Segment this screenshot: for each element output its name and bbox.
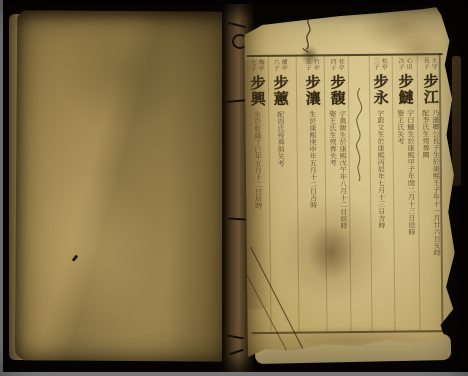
annotation-text: 心田 [405, 57, 412, 71]
entry-bio-text: 生於乾隆丁巳年五月十二日辰時 [253, 111, 264, 331]
torn-page-fragment [452, 56, 461, 186]
annotation-text: 四子 [329, 58, 336, 72]
genealogy-column: 桂亭 四子 步馥 字萬馥生於康熙戊午年八月十二日辰時 娶王氏生歿葬失考 [326, 58, 351, 330]
entry-annotation: 桂亭 四子 [329, 58, 344, 72]
stitch-thread [227, 335, 244, 340]
bio-line: 配周氏歿葬俱失考 [276, 111, 287, 283]
annotation-text: 竹亭 [312, 58, 319, 72]
bio-line: 乃遜卿公長子生於康熙壬子年十一月廿六日亥時 [431, 109, 442, 281]
annotation-text: 桂亭 [337, 58, 344, 72]
stitch-thread [229, 349, 244, 356]
annotation-text: 七子 [249, 59, 256, 73]
genealogy-column: 松亭 三子 步永 字蔚文生於康熙丙辰年七月十三日吉時 [369, 58, 394, 330]
entry-annotation: 松亭 三子 [372, 58, 387, 72]
left-blank-page [15, 10, 229, 361]
entry-bio-text: 字萬馥生於康熙戊午年八月十二日辰時 娶王氏生歿葬失考 [328, 110, 349, 330]
stitch-thread [228, 217, 246, 220]
entry-name-text: 步永 [371, 74, 389, 108]
annotation-text: 太守 [430, 57, 437, 71]
genealogy-column: 蘭亭 六子 步蕙 配周氏歿葬俱失考 [269, 59, 294, 331]
ink-scribble [294, 14, 322, 54]
right-text-page: 太守 長子 步江 乃遜卿公長子生於康熙壬子年十一月廿六日亥時 配李氏生歿葬闕 心… [244, 7, 466, 361]
genealogy-column: 太守 長子 步江 乃遜卿公長子生於康熙壬子年十一月廿六日亥時 配李氏生歿葬闕 [419, 57, 444, 329]
annotation-text: 松亭 [380, 58, 387, 72]
annotation-text: 六子 [272, 59, 279, 73]
bio-line: 字萬馥生於康熙戊午年八月十二日辰時 [338, 110, 349, 282]
annotation-text: 次子 [397, 57, 404, 71]
stain [55, 11, 192, 132]
stitch-thread [226, 99, 248, 103]
entry-name-text: 步蕙 [271, 75, 289, 109]
entry-bio-text: 字蔚文生於康熙丙辰年七月十三日吉時 [376, 110, 387, 330]
bio-line: 配李氏生歿葬闕 [421, 109, 432, 281]
entry-name-text: 步馥 [328, 74, 346, 108]
bio-line: 生於乾隆丁巳年五月十二日辰時 [253, 111, 264, 283]
blank-column [348, 58, 373, 330]
entry-annotation: 心田 次子 [397, 57, 412, 71]
bio-line: 娶王氏失考 [396, 109, 407, 281]
entry-annotation: 竹亭 五子 [304, 58, 319, 72]
bio-line: 娶王氏生歿葬失考 [328, 110, 339, 282]
entry-bio-text: 字曰鰱生於康熙甲子年閏二月十三日辰時 娶王氏失考 [396, 109, 417, 329]
entry-name-text: 步江 [421, 73, 439, 107]
annotation-text: 梅亭 [257, 59, 264, 73]
bio-line: 字曰鰱生於康熙甲子年閏二月十三日辰時 [406, 109, 417, 281]
genealogy-column: 梅亭 七子 步興 生於乾隆丁巳年五月十二日辰時 [246, 59, 271, 331]
stain [28, 168, 156, 326]
entry-annotation: 蘭亭 六子 [272, 59, 287, 73]
stitch-thread [228, 22, 246, 28]
annotation-text: 五子 [304, 58, 311, 72]
scan-edge-left [0, 0, 3, 376]
bio-line: 字蔚文生於康熙丙辰年七月十三日吉時 [376, 110, 387, 282]
entry-name-text: 步瀼 [303, 74, 321, 108]
genealogy-column: 心田 次子 步鰱 字曰鰱生於康熙甲子年閏二月十三日辰時 娶王氏失考 [394, 57, 419, 329]
bio-line: 生於康熙庚申年五月十二日吉時 [308, 110, 319, 282]
scan-edge-bottom [0, 372, 468, 376]
photo-of-open-genealogy-book: 太守 長子 步江 乃遜卿公長子生於康熙壬子年十一月廿六日亥時 配李氏生歿葬闕 心… [0, 0, 468, 376]
ink-flourish [349, 84, 370, 184]
entry-annotation: 梅亭 七子 [249, 59, 264, 73]
entry-name-text: 步興 [248, 75, 266, 109]
entry-bio-text: 生於康熙庚申年五月十二日吉時 [308, 110, 319, 330]
entry-annotation: 太守 長子 [422, 57, 437, 71]
annotation-text: 蘭亭 [280, 59, 287, 73]
entry-name-text: 步鰱 [396, 73, 414, 107]
entry-bio-text: 乃遜卿公長子生於康熙壬子年十一月廿六日亥時 配李氏生歿葬闕 [421, 109, 442, 329]
annotation-text: 長子 [422, 57, 429, 71]
genealogy-column: 竹亭 五子 步瀼 生於康熙庚申年五月十二日吉時 [301, 58, 326, 330]
annotation-text: 三子 [372, 58, 379, 72]
entry-bio-text: 配周氏歿葬俱失考 [276, 111, 287, 331]
